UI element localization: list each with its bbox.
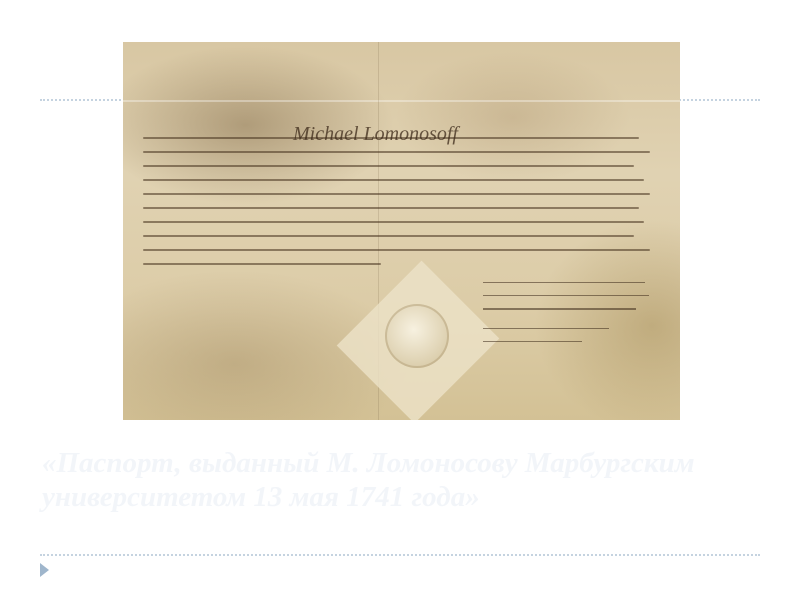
wax-seal: [385, 304, 449, 368]
signatures: [483, 282, 663, 354]
triangle-bullet-icon: [40, 563, 49, 577]
slide-caption: «Паспорт, выданный М. Ломоносову Марбург…: [42, 446, 762, 514]
script-name: Michael Lomonosoff: [293, 123, 458, 146]
paper-fold: [123, 100, 680, 102]
handwritten-text: Michael Lomonosoff: [143, 137, 660, 277]
caption-line-2: университетом 13 мая 1741 года»: [42, 480, 762, 514]
bottom-divider: [40, 554, 760, 556]
passport-photo: Michael Lomonosoff: [123, 42, 680, 420]
caption-line-1: «Паспорт, выданный М. Ломоносову Марбург…: [42, 446, 762, 480]
